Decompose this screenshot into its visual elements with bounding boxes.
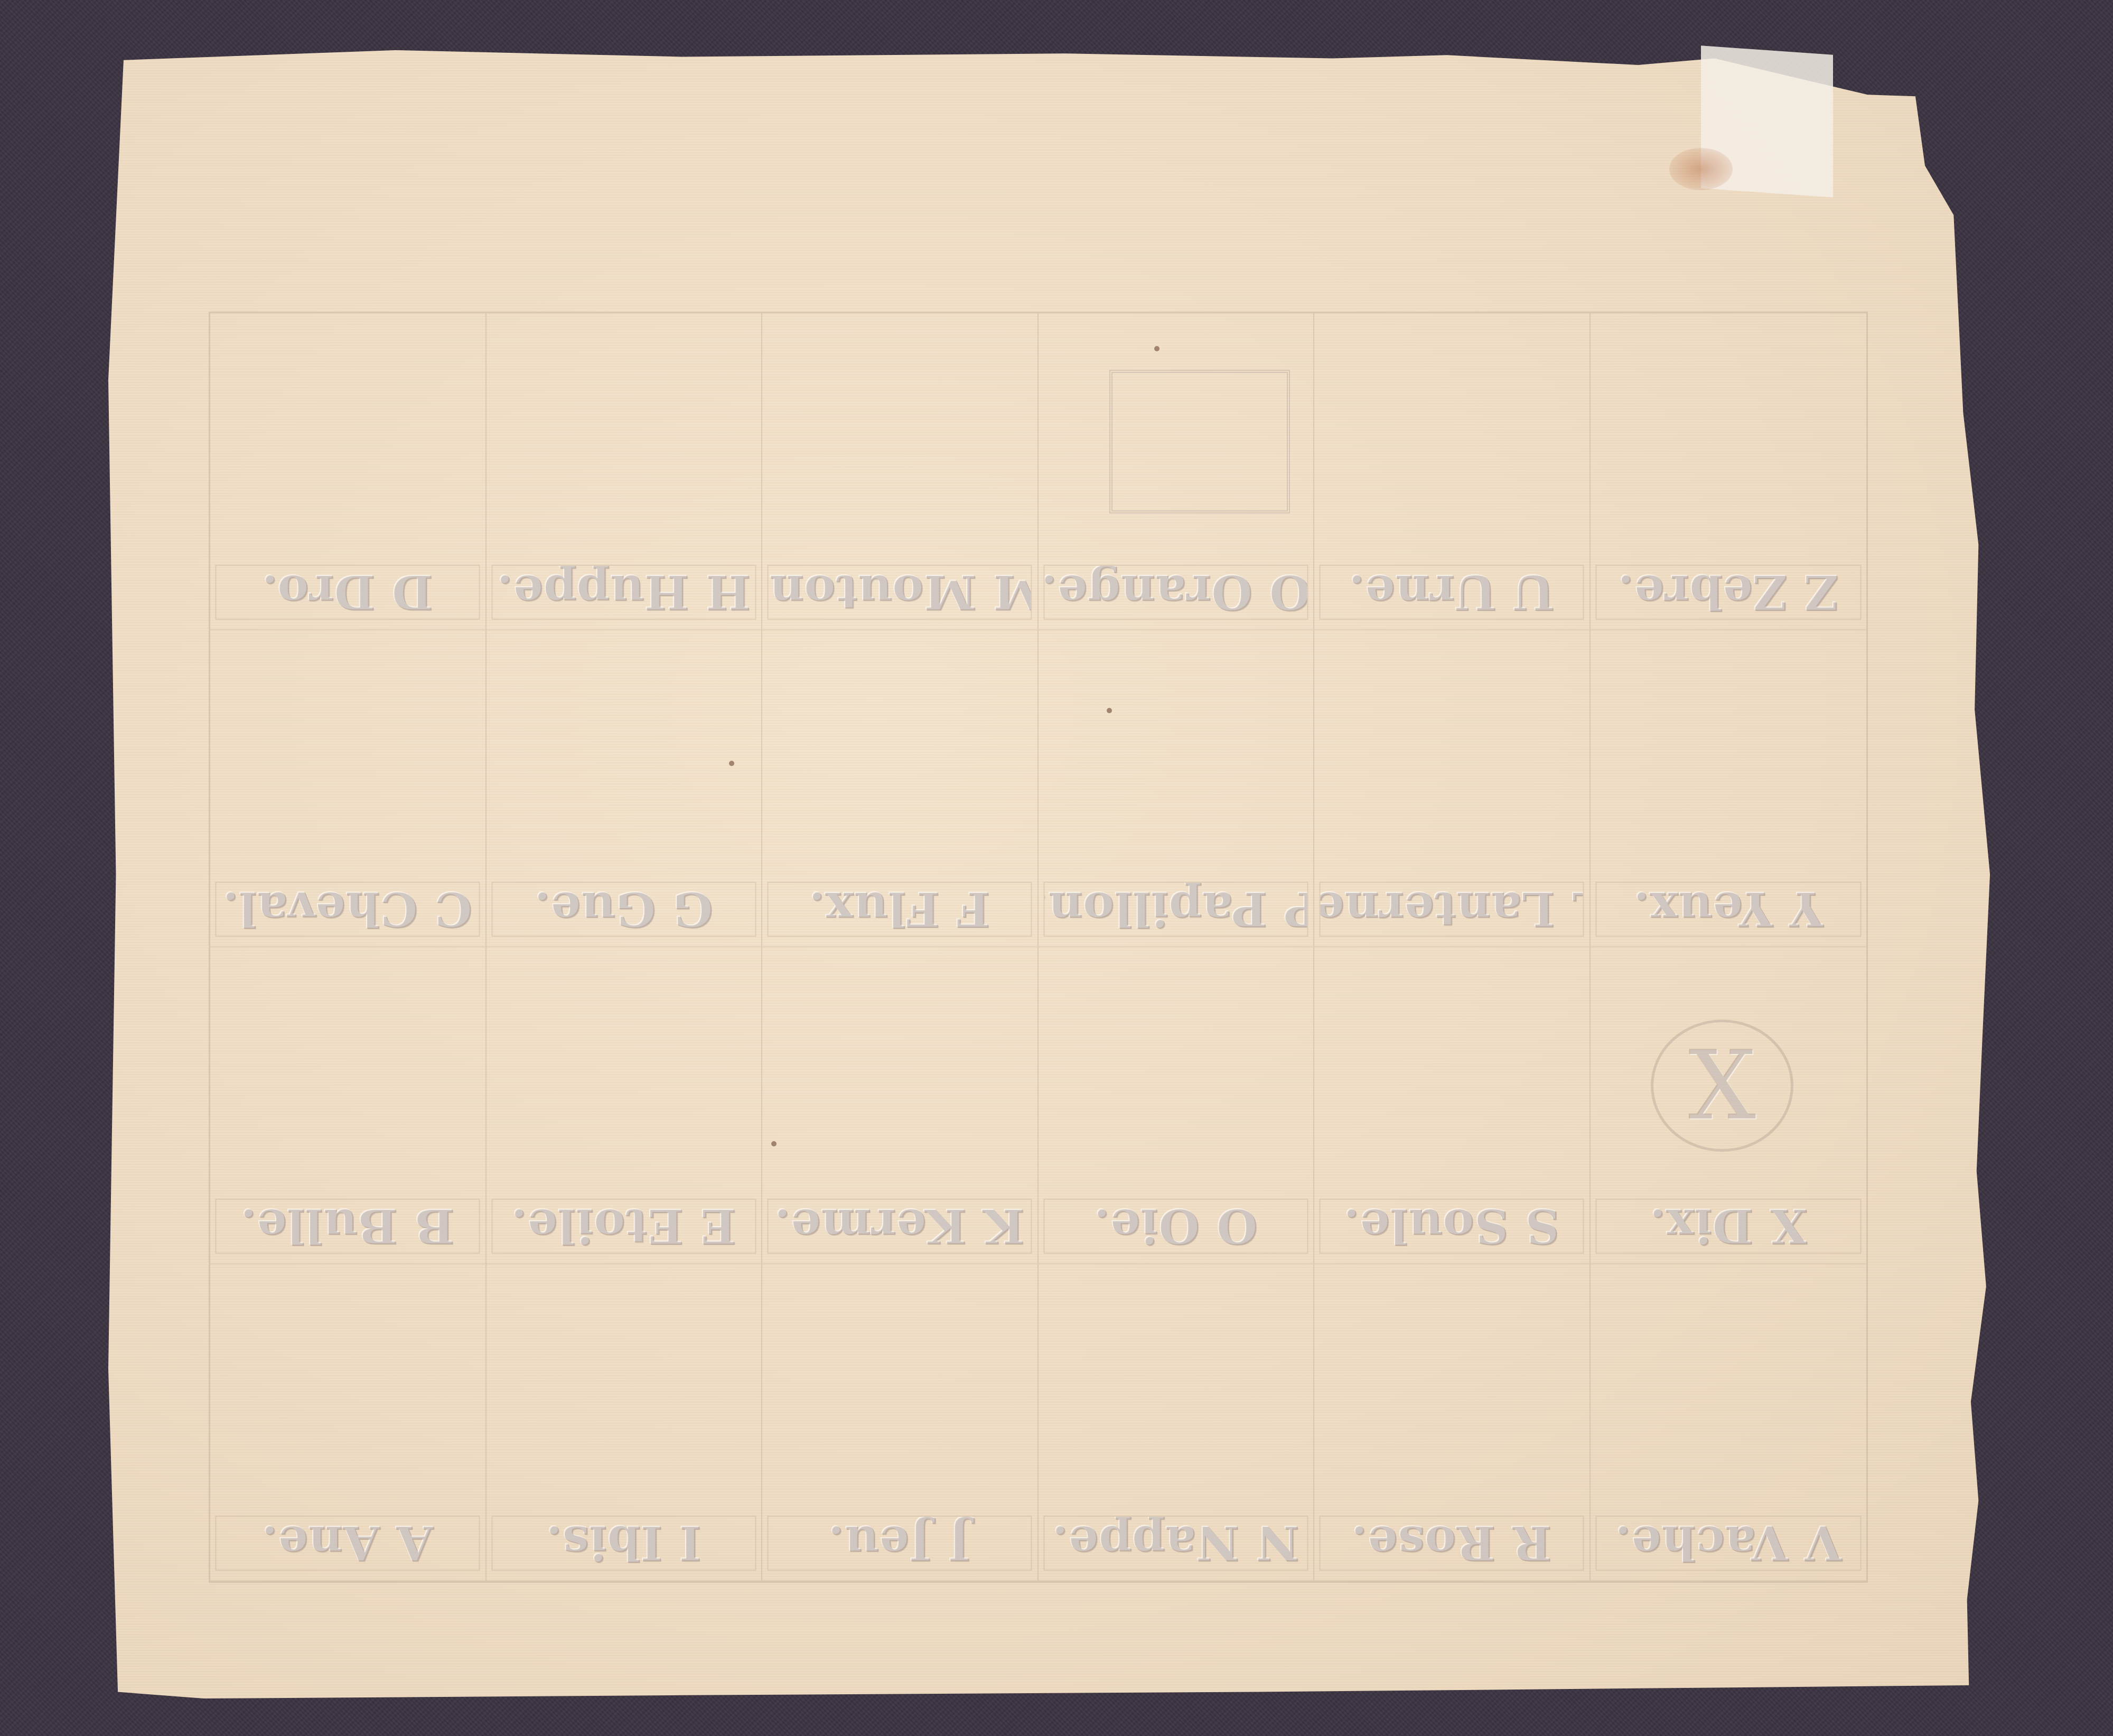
frame-emblem-icon [1109,370,1290,514]
grid-cell: U Urne. [1314,313,1591,630]
grid-cell: Y Yeux. [1591,630,1867,947]
grid-cell: B Bulle. [210,947,487,1264]
grid-cell: S Soule. [1314,947,1591,1264]
cell-label: G Gue. [492,882,756,937]
grid-cell: R Rose. [1314,1264,1591,1581]
cell-label: J Jeu. [768,1516,1032,1571]
cell-label: O Orange. [1044,565,1308,620]
grid-cell: F Flux. [762,630,1039,947]
cell-label: I Ibis. [492,1516,756,1571]
grid-cell: I Ibis. [487,1264,763,1581]
cell-label: N Nappe. [1044,1516,1308,1571]
grid-cell: C Cheval. [210,630,487,947]
cell-label: E Etoile. [492,1199,756,1254]
grid-cell: D Dro. [210,313,487,630]
grid-cell: V Vache. [1591,1264,1867,1581]
cell-label: A Ane. [216,1516,480,1571]
cell-label: K Kerme. [768,1199,1032,1254]
grid-cell: H Huppe. [487,313,763,630]
cell-label: L Lanterne. [1320,882,1584,937]
cell-label: O Oie. [1044,1199,1308,1254]
speck [1107,708,1112,713]
cell-label: P Papillon. [1044,882,1308,937]
grid-cell: K Kerme. [762,947,1039,1264]
cell-label: C Cheval. [216,882,480,937]
rust-stain [1669,148,1733,190]
speck [771,1141,777,1146]
cell-label: B Bulle. [216,1199,480,1254]
cell-label: V Vache. [1596,1516,1862,1571]
emblem-glyph: X [1688,1031,1756,1141]
cell-label: Y Yeux. [1596,882,1862,937]
grid-cell: M Mouton. [762,313,1039,630]
cell-label: F Flux. [768,882,1032,937]
grid-cell: Z Zebre. [1591,313,1867,630]
grid-cell: A Ane. [210,1264,487,1581]
card-grid: D Dro.H Huppe.M Mouton.O Orange.U Urne.Z… [209,312,1868,1583]
grid-cell: J Jeu. [762,1264,1039,1581]
grid-cell: G Gue. [487,630,763,947]
cell-label: X Dix. [1596,1199,1862,1254]
cell-label: U Urne. [1320,565,1584,620]
cell-label: Z Zebre. [1596,565,1862,620]
cell-label: S Soule. [1320,1199,1584,1254]
grid-cell: E Etoile. [487,947,763,1264]
speck [1154,346,1160,351]
cell-label: H Huppe. [492,565,756,620]
grid-cell: P Papillon. [1039,630,1315,947]
cell-label: D Dro. [216,565,480,620]
cell-label: R Rose. [1320,1516,1584,1571]
cell-label: M Mouton. [768,565,1032,620]
speck [729,761,734,766]
grid-cell: O Oie. [1039,947,1315,1264]
grid-cell: L Lanterne. [1314,630,1591,947]
grid-cell: N Nappe. [1039,1264,1315,1581]
circle-x-emblem-icon: X [1651,1020,1793,1152]
